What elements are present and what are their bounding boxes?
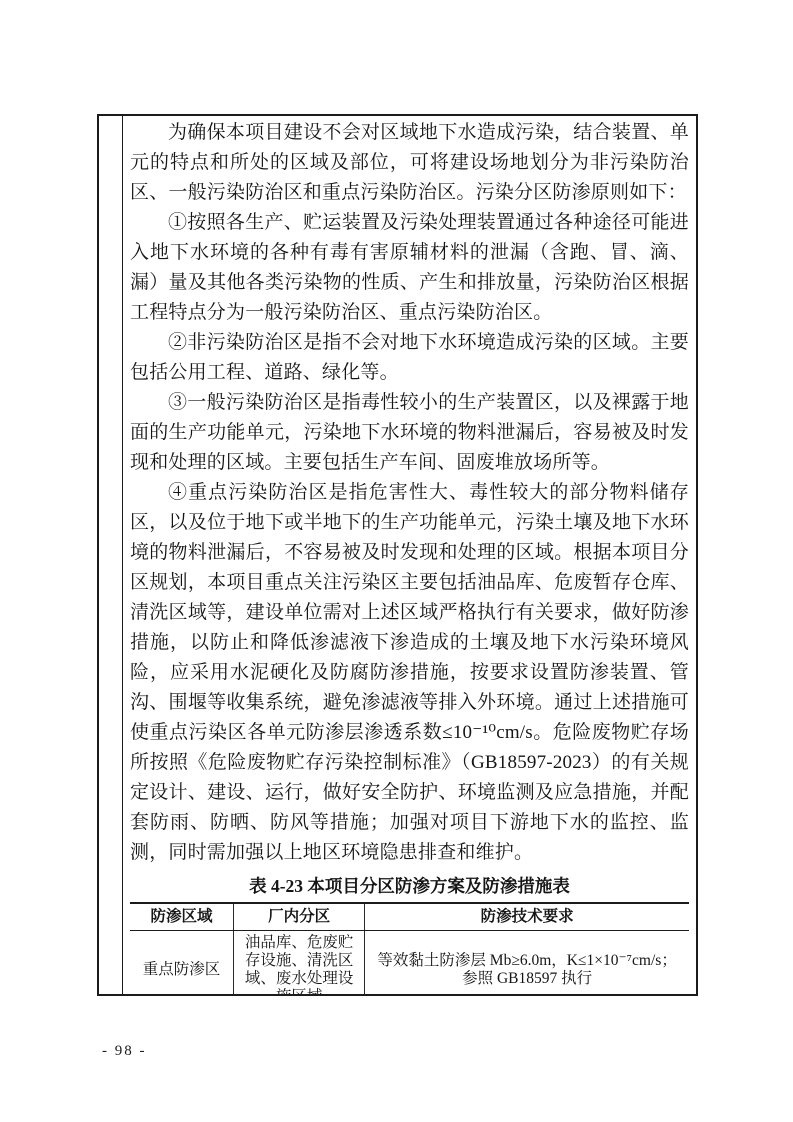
content-cell: 为确保本项目建设不会对区域地下水造成污染，结合装置、单元的特点和所处的区域及部位…: [123, 116, 696, 994]
table-row-key-zone: 重点防渗区 油品库、危废贮存设施、清洗区域、废水处理设施区域 等效黏土防渗层 M…: [130, 931, 689, 995]
table-header-row: 防渗区域 厂内分区 防渗技术要求: [130, 903, 689, 931]
page-number: - 98 -: [102, 1043, 147, 1060]
paragraph-principle-3: ③一般污染防治区是指毒性较小的生产装置区，以及裸露于地面的生产功能单元，污染地下…: [130, 388, 689, 478]
column-header-seepage-zone: 防渗区域: [130, 903, 233, 931]
cell-zones: 油品库、危废贮存设施、清洗区域、废水处理设施区域: [233, 931, 364, 995]
paragraph-principle-2: ②非污染防治区是指不会对地下水环境造成污染的区域。主要包括公用工程、道路、绿化等…: [130, 328, 689, 388]
document-page: 为确保本项目建设不会对区域地下水造成污染，结合装置、单元的特点和所处的区域及部位…: [0, 0, 793, 1122]
paragraph-principle-1: ①按照各生产、贮运装置及污染处理装置通过各种途径可能进入地下水环境的各种有毒有害…: [130, 208, 689, 328]
cell-requirement: 等效黏土防渗层 Mb≥6.0m，K≤1×10⁻⁷cm/s；参照 GB18597 …: [365, 931, 689, 995]
column-header-technical-requirement: 防渗技术要求: [365, 903, 689, 931]
paragraph-intro: 为确保本项目建设不会对区域地下水造成污染，结合装置、单元的特点和所处的区域及部位…: [130, 118, 689, 208]
cell-region: 重点防渗区: [130, 931, 233, 995]
column-header-plant-partition: 厂内分区: [233, 903, 364, 931]
seepage-measures-table: 防渗区域 厂内分区 防渗技术要求 重点防渗区 油品库、危废贮存设施、清洗区域、废…: [130, 902, 689, 994]
table-title: 表 4-23 本项目分区防渗方案及防渗措施表: [130, 875, 689, 898]
content-border-box: 为确保本项目建设不会对区域地下水造成污染，结合装置、单元的特点和所处的区域及部位…: [97, 114, 698, 996]
left-margin-cell: [99, 116, 123, 994]
paragraph-principle-4: ④重点污染防治区是指危害性大、毒性较大的部分物料储存区，以及位于地下或半地下的生…: [130, 478, 689, 868]
